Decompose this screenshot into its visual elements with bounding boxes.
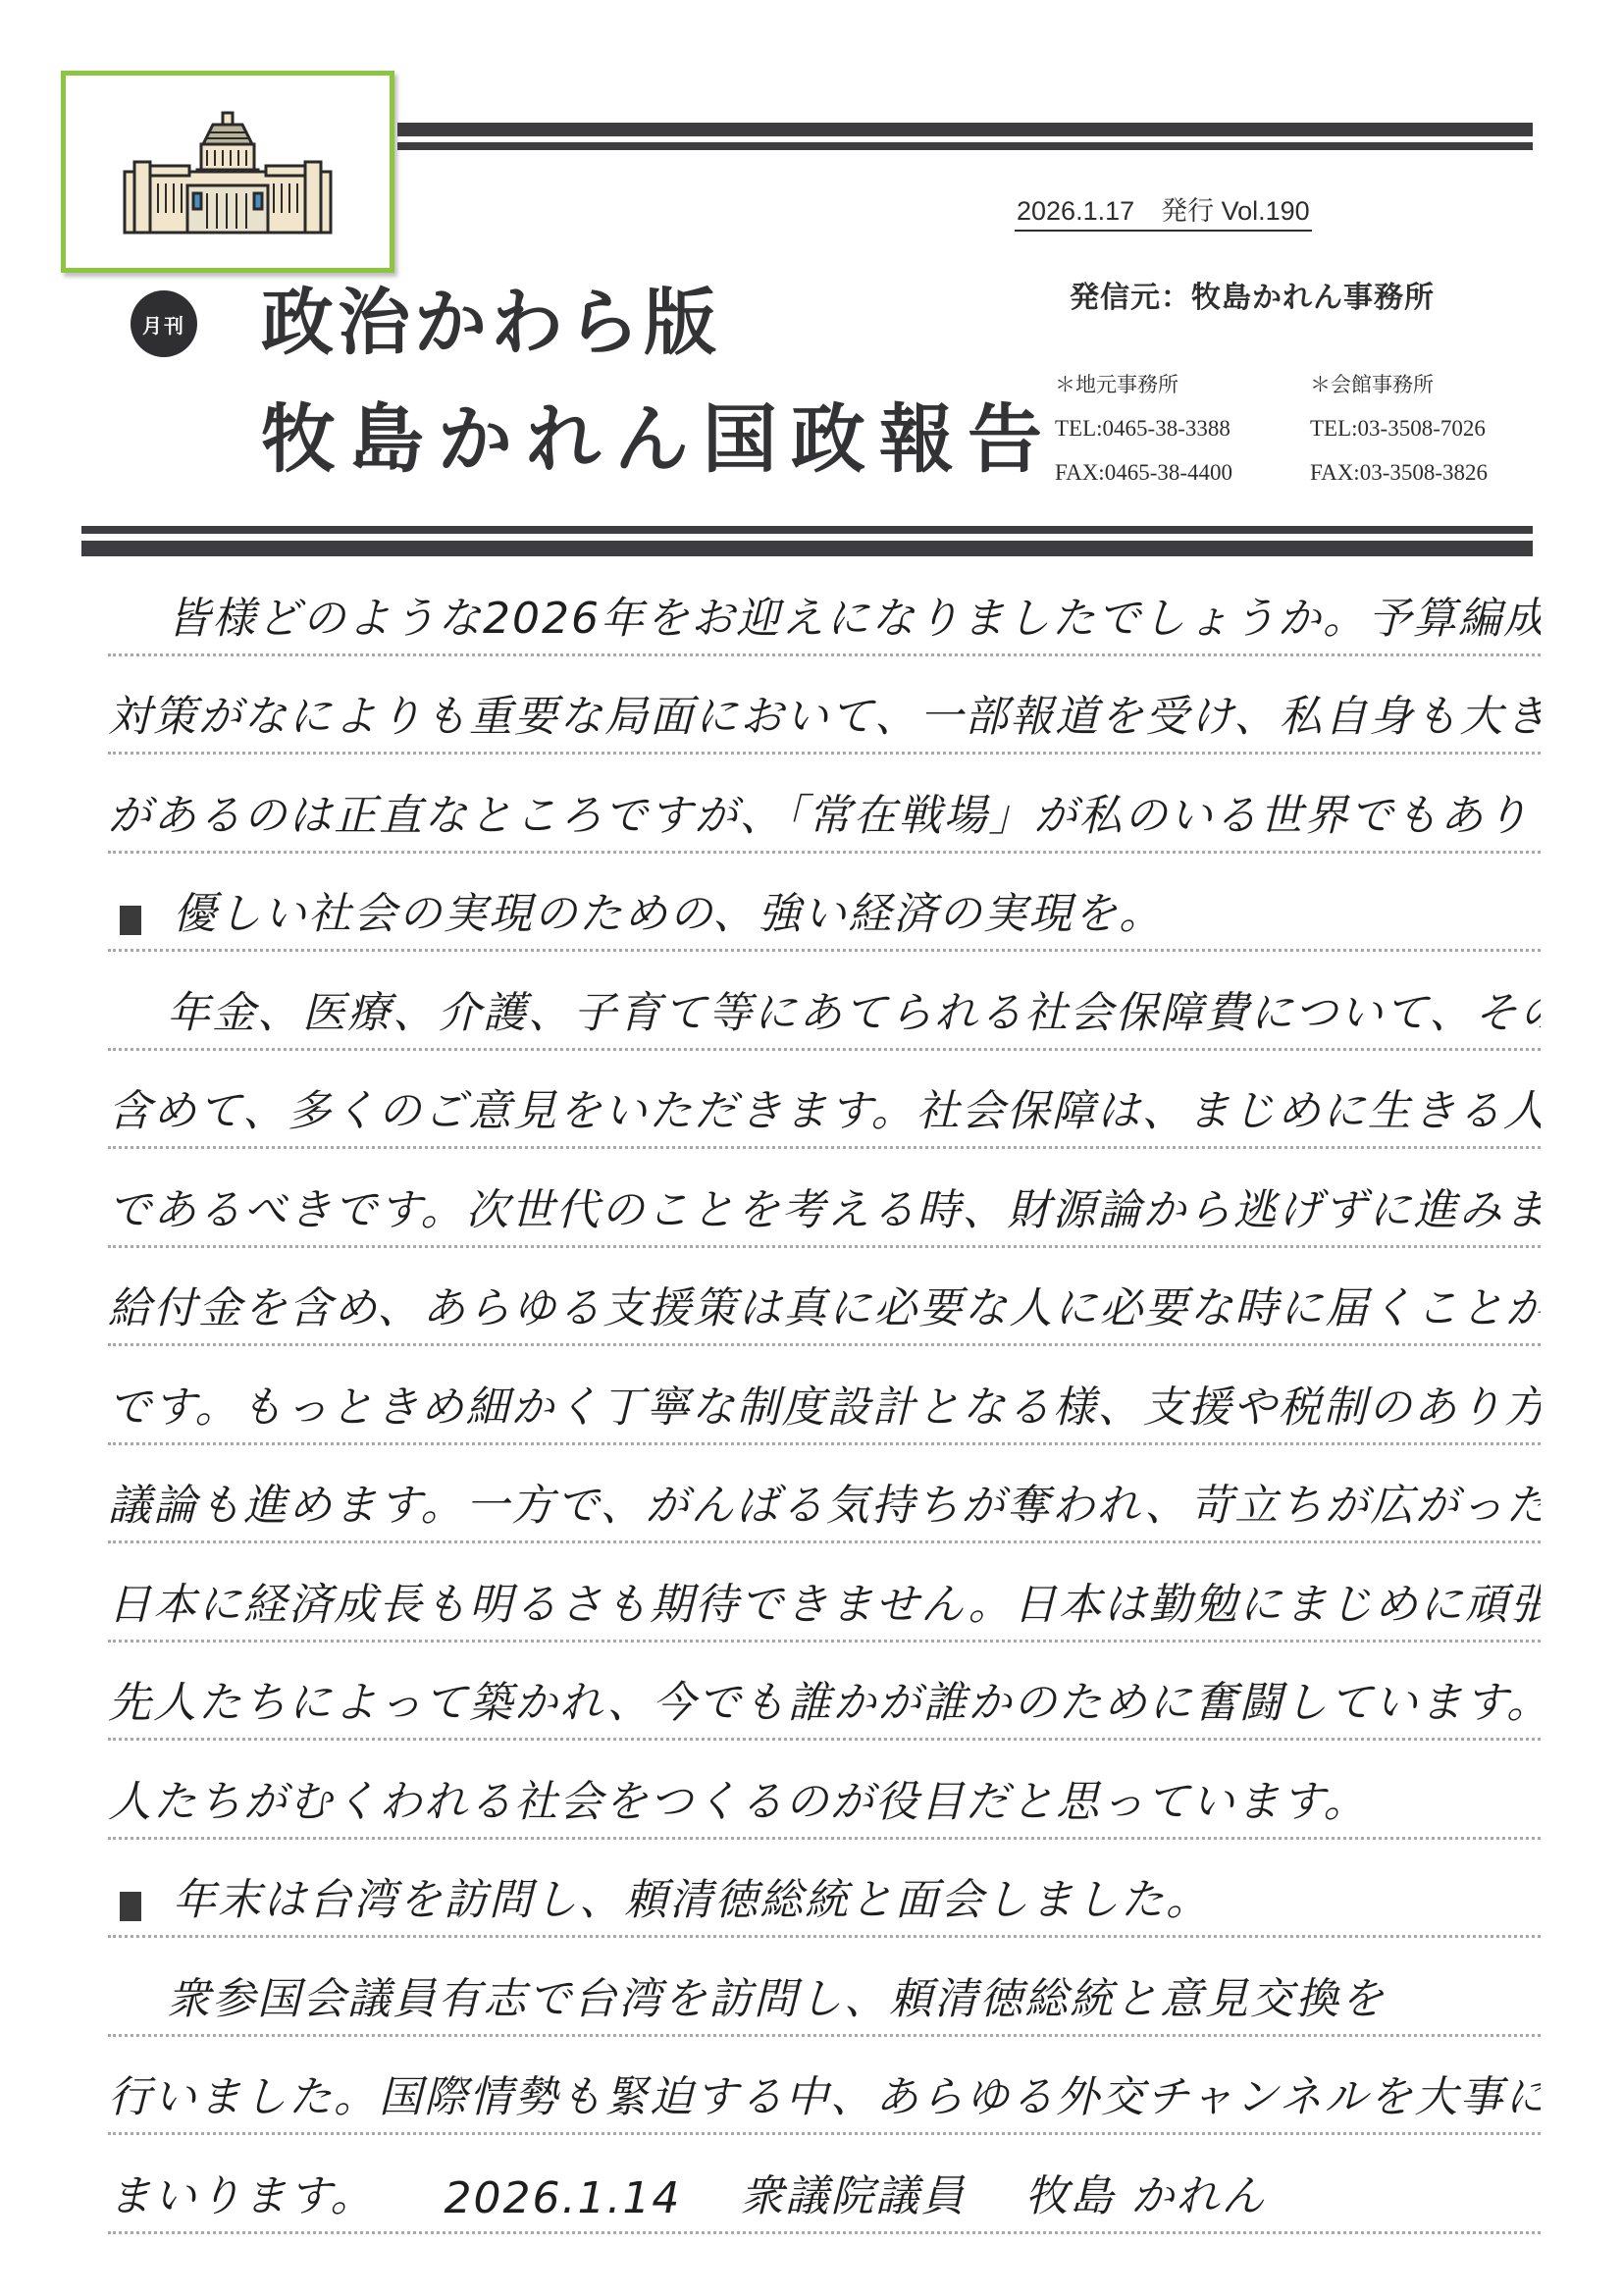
letter-line: 人たちがむくわれる社会をつくるのが役目だと思っています。 [108,1741,1541,1840]
square-bullet-icon [120,1892,141,1921]
header-rule [397,123,1533,136]
office-fax: FAX:03-3508-3826 [1310,461,1488,484]
letter-line: 衆参国会議員有志で台湾を訪問し、頼清徳総統と意見交換を [108,1938,1541,2037]
letter-line: 給付金を含め、あらゆる支援策は真に必要な人に必要な時に届くことが大切 [108,1248,1541,1347]
signature-line: まいります。 2026.1.14 衆議院議員 牧島 かれん [108,2135,1541,2234]
logo-frame [61,71,394,273]
section-heading: 優しい社会の実現のための、強い経済の実現を。 [108,854,1541,953]
letter-line: 先人たちによって築かれ、今でも誰かが誰かのために奮闘しています。そうした [108,1643,1541,1742]
letter-line: があるのは正直なところですが、「常在戦場」が私のいる世界でもあります。 [108,755,1541,854]
signature-date: 2026.1.14 [444,2173,681,2223]
office-tel: TEL:0465-38-3388 [1055,417,1232,440]
office-label: ＊地元事務所 [1055,375,1232,395]
letter-line: 行いました。国際情勢も緊迫する中、あらゆる外交チャンネルを大事に育てて [108,2037,1541,2136]
handwritten-letter: 皆様どのような2026年をお迎えになりましたでしょうか。予算編成、物価高 対策が… [108,557,1541,2234]
letter-line: 対策がなによりも重要な局面において、一部報道を受け、私自身も大きな驚きと戸惑い [108,656,1541,756]
monthly-badge: 月刊 [131,290,197,357]
letter-line: 含めて、多くのご意見をいただきます。社会保障は、まじめに生きる人々を支える制度 [108,1051,1541,1150]
signature-title: 衆議院議員 [740,2161,966,2223]
section-heading: 年末は台湾を訪問し、頼清徳総統と面会しました。 [108,1840,1541,1939]
header-rule [397,142,1533,150]
header-rule [81,541,1533,556]
office-fax: FAX:0465-38-4400 [1055,461,1232,484]
letter-line: 年金、医療、介護、子育て等にあてられる社会保障費について、その負担のあり方を [108,952,1541,1051]
office-label: ＊会館事務所 [1310,375,1488,395]
letter-line: 議論も進めます。一方で、がんばる気持ちが奪われ、苛立ちが広がったら [108,1445,1541,1544]
office-tel: TEL:03-3508-7026 [1310,417,1488,440]
office-local: ＊地元事務所 TEL:0465-38-3388 FAX:0465-38-4400 [1055,375,1232,505]
sender: 発信元：牧島かれん事務所 [1070,273,1435,316]
issue-date-volume: 2026.1.17 発行 Vol.190 [1015,189,1312,232]
letter-line: です。もっときめ細かく丁寧な制度設計となる様、支援や税制のあり方の [108,1346,1541,1445]
letter-line: 皆様どのような2026年をお迎えになりましたでしょうか。予算編成、物価高 [108,557,1541,656]
diet-building-icon [105,105,350,242]
letter-line: であるべきです。次世代のことを考える時、財源論から逃げずに進みます。また [108,1149,1541,1248]
office-kaikan: ＊会館事務所 TEL:03-3508-7026 FAX:03-3508-3826 [1310,375,1488,505]
newsletter-subtitle: 牧島かれん国政報告 [261,402,1056,477]
newsletter-title: 政治かわら版 [261,287,720,359]
letter-line: 日本に経済成長も明るさも期待できません。日本は勤勉にまじめに頑張る [108,1543,1541,1643]
square-bullet-icon [120,906,141,935]
header-rule [81,526,1533,534]
signature-name: 牧島 かれん [1024,2161,1266,2223]
